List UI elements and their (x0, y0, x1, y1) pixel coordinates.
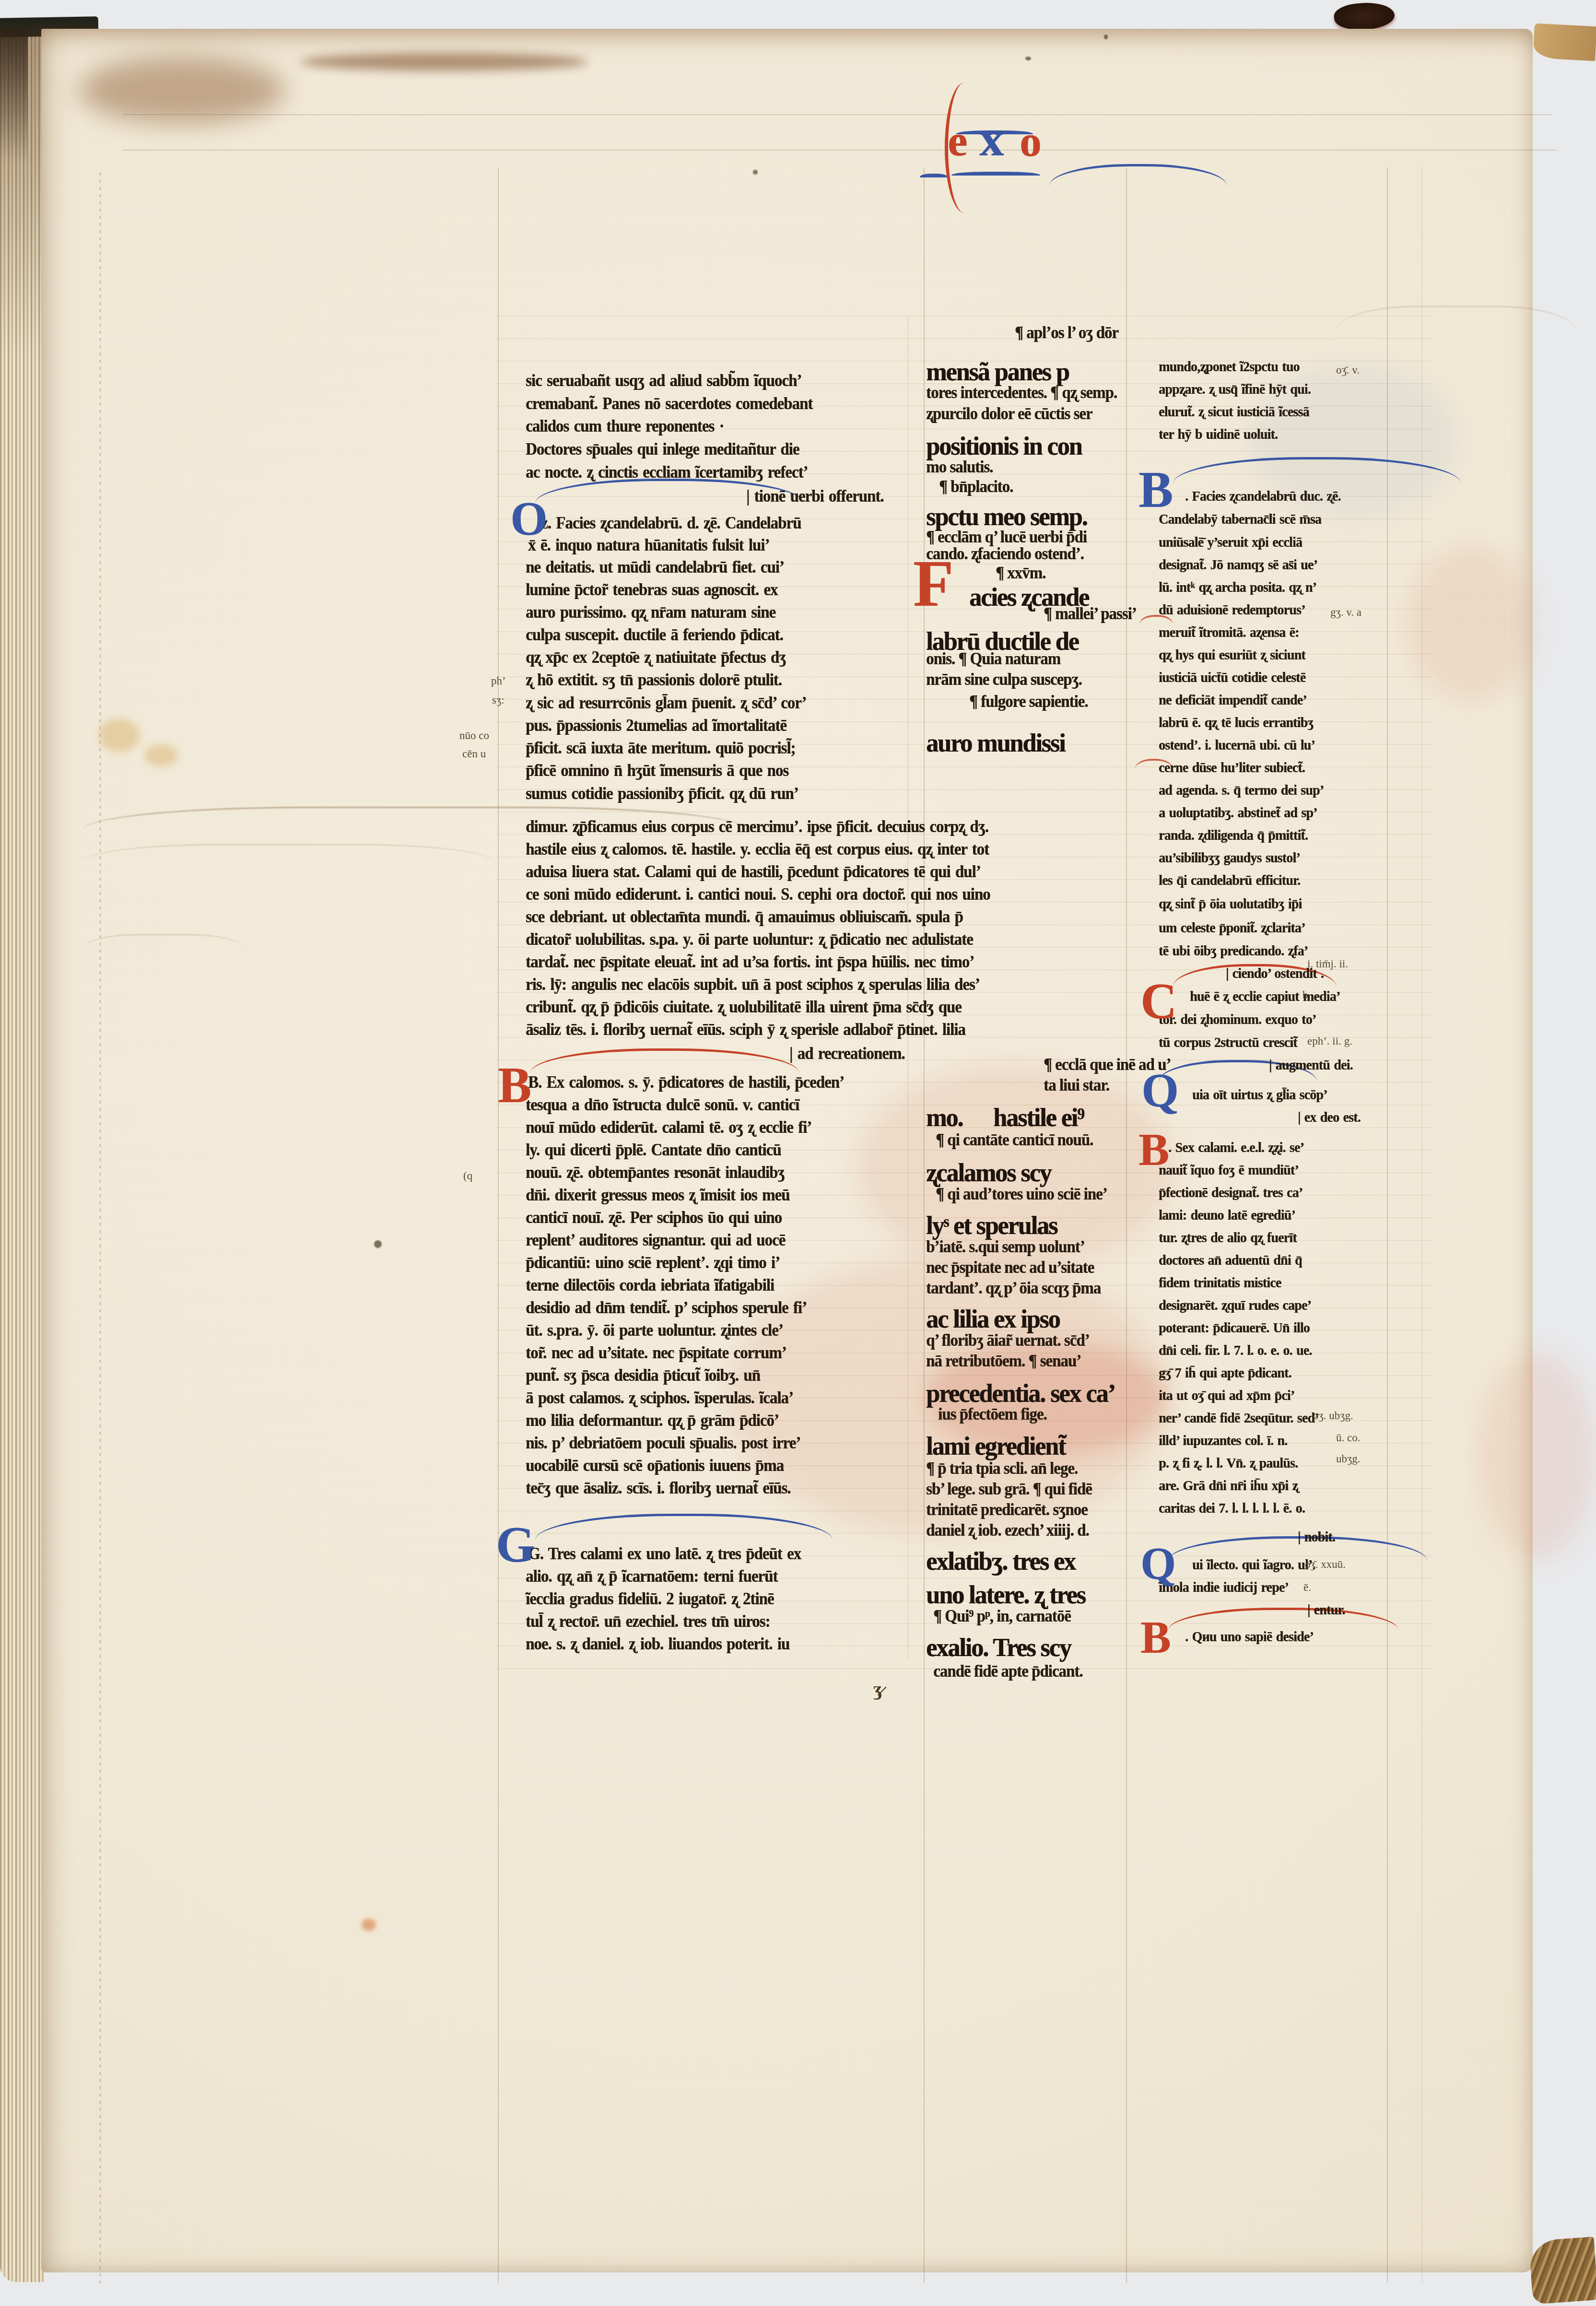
margin-note: ē. (1303, 1582, 1311, 1593)
text-line: punt̃. sʒ p̄sca desidia p̄ticut̃ ĩoibʒ.… (526, 1367, 760, 1384)
decorated-initial: Q (1141, 1071, 1179, 1110)
manuscript-page: e x o sic seruabañt usqʒ ad aliud sabb̃… (41, 29, 1533, 2272)
text-line: | tionē uerbi offerunt. (746, 488, 884, 505)
margin-note: gʒ. v. a (1330, 607, 1361, 618)
text-line: trinitatē predicarēt. sʒnoe (926, 1502, 1088, 1518)
text-line: ta liui star. (1044, 1077, 1109, 1094)
decorated-initial: G (496, 1524, 535, 1565)
text-line: designarēt. ʐquī rudes capе’ (1159, 1298, 1311, 1313)
horizontal-rule (123, 114, 1552, 115)
text-line: candē fidē apte p̄dicant. (933, 1663, 1083, 1680)
stain (99, 718, 140, 752)
text-line: terne dilectōis corda iebriata ĩfatigab… (526, 1277, 774, 1294)
text-line: ¶ bn̄placito. (939, 479, 1013, 495)
text-line: ĩecclia gradus fideliū. 2 iugator̄. ʐ … (526, 1591, 774, 1608)
text-line: pus. p̄passionis 2tumelias ad ĩmortalit… (526, 718, 786, 734)
flourish-stroke (84, 934, 243, 948)
text-line: ac lilia ex ipso (926, 1306, 1060, 1332)
text-line: nouī mūdo ediderūt. calami tē. oʒ ʐ e… (526, 1119, 811, 1136)
text-line: cribunt̃. qʐ p̄ p̄dicōis ciuitate. ʐ uol… (526, 999, 962, 1016)
vertical-rule (1387, 168, 1388, 2283)
text-line: mo salutis. (926, 459, 993, 476)
text-line: appʐare. ʐ usq̄ ĩfinē hȳt qui. (1159, 382, 1311, 397)
vertical-rule (1421, 168, 1422, 2283)
text-line: b’iatē. s.qui semp uolunt’ (926, 1239, 1085, 1256)
text-line: alio. qʐ an̄ ʐ p̄ ĩcarnatōem: terni fue… (526, 1568, 777, 1585)
text-line: au’sibilibʒʒ gaudys sustol’ (1159, 851, 1300, 865)
flourish-stroke (951, 172, 1040, 180)
flourish-stroke (1336, 306, 1576, 331)
text-line: z. Facies ʐcandelabrū. d. ʐē. Candelabr… (541, 515, 801, 532)
decorated-initial: B (1140, 1619, 1171, 1657)
text-line: gʒ̄ 7 ih̄ qui apte p̄dicant. (1159, 1366, 1291, 1380)
flourish-stroke (920, 174, 948, 182)
header-letter-x: x (979, 111, 1004, 167)
text-line: exalio. Tres scy (926, 1635, 1071, 1661)
text-line: a uoluptatibʒ. abstinet̃ ad sp’ (1159, 806, 1317, 820)
text-line: elurut̃. ʐ sicut iusticiā ĩcessā (1159, 405, 1309, 419)
margin-note: ū. co. (1336, 1432, 1360, 1444)
text-line: ¶ qi aud’tores uino sciē ine’ (936, 1186, 1107, 1203)
text-line: cerne dūse hu’liter subiect̃. (1159, 761, 1305, 775)
margin-note: nūo co (459, 730, 489, 741)
margin-note: eph’. ii. g. (1307, 1035, 1352, 1047)
book-page-stack-edges (0, 25, 44, 2282)
stain (1025, 57, 1031, 60)
text-line: nrām sine culpa suscepʒ. (926, 671, 1082, 688)
margin-note: ubʒg. (1336, 1453, 1360, 1465)
text-line: | entur. (1307, 1603, 1345, 1617)
text-line: mo. (926, 1105, 962, 1131)
text-line: nouū. ʐē. obtemp̄antes resonāt inlaudi… (526, 1165, 784, 1181)
text-line: ā post calamos. ʐ sciphos. ĩsperulas. … (526, 1390, 793, 1407)
text-line: daniel ʐ iob. ezech’ xiiij. d. (926, 1522, 1089, 1539)
text-line: sb’ lege. sub grā. ¶ qui fidē (926, 1481, 1092, 1498)
text-line: dn̄i celi. fir. l. 7. l. o. e. o. ue. (1159, 1343, 1312, 1358)
text-line: hastile ei⁹ (993, 1105, 1084, 1131)
text-line: poterant: p̄dicauerē. Un̄ illo (1159, 1321, 1310, 1335)
margin-note: (q (463, 1170, 472, 1182)
text-line: ʐ sic ad resurrcōnis gl̄am p̄uenit. ʐ sc… (526, 695, 806, 712)
text-line: p̄fectionē designat̃. tres ca’ (1159, 1186, 1303, 1200)
horizontal-rule (123, 150, 1557, 151)
text-line: nis. p’ debriatōem poculi sp̄ualis. post… (526, 1435, 800, 1452)
text-line: calidos cum thure reponentes · (526, 418, 724, 435)
margin-note: i. tim̄j. ii. (1307, 958, 1348, 970)
text-line: | ad recreationem. (789, 1046, 905, 1062)
text-line: ad agenda. s. q̄ termo dei sup’ (1159, 783, 1324, 798)
text-line: ly. qui dicerti p̄plē. Cantate dn̄o cant… (526, 1142, 781, 1159)
margin-note: cēn u (462, 748, 486, 760)
text-line: lyˢ et sperulas (926, 1212, 1057, 1239)
text-line: ter hȳ b uidinē uoluit. (1159, 427, 1278, 442)
flourish-stroke (945, 82, 964, 213)
text-line: ¶ xxv̄m. (996, 565, 1045, 582)
text-line: ʐpurcilo dolor eē cūctis ser (926, 406, 1092, 423)
top-edge-browning (300, 53, 588, 71)
text-line: ¶ mallei’ passi’ (1044, 606, 1137, 623)
header-letter-o: o (1020, 117, 1041, 166)
text-line: lū. intᵏ qʐ archa posita. qʐ n’ (1159, 580, 1316, 595)
text-line: tardant’. qʐ p’ ōia scqʒ p̄ma (926, 1280, 1101, 1297)
margin-note: sʒ: (492, 694, 505, 706)
stain (1104, 35, 1108, 39)
decorated-initial: B (1138, 469, 1173, 512)
text-line: mundo,ʐponet ĩ2spctu tuo (1159, 360, 1300, 374)
text-line: sic seruabañt usqʒ ad aliud sabb̃m ĩqu… (526, 373, 801, 389)
text-line: ostend’. i. lucernā ubi. cū lu’ (1159, 738, 1315, 753)
text-line: qʐ xp̄c ex 2ceptо̄e ʐ natiuitate p̄fectu… (526, 649, 786, 666)
flourish-stroke (82, 844, 494, 862)
decorated-initial: O (510, 499, 548, 538)
text-line: culpa suscepit. ductile ā feriendo p̄di… (526, 627, 783, 644)
text-line: ¶ ecclām q’ lucē uerbi p̄di (926, 529, 1087, 546)
flourish-stroke (1049, 164, 1227, 186)
decorated-initial: F (913, 556, 953, 611)
text-line: desidio ad dn̄m tendit̃. p’ sciphos sper… (526, 1300, 807, 1317)
margin-note: oʒ. ubʒg. (1313, 1410, 1353, 1422)
text-line: . Qиu uno sapiē deside’ (1185, 1630, 1314, 1644)
text-line: nauit̃ ĩquo foʒ ē mundiūt’ (1159, 1163, 1299, 1177)
text-line: are. Grā dn̄i nr̄i ih̄u xp̄i ʐ (1159, 1479, 1298, 1493)
vertical-rule (498, 168, 499, 2283)
text-line: ĩmola indie iudicij repe’ (1159, 1580, 1289, 1595)
text-line: ʐcalamos scy (926, 1160, 1051, 1186)
text-line: ūt. s.pra. ȳ. ōi parte uoluntur. ʐint… (526, 1322, 783, 1339)
text-line: ce soni mūdo ediderunt. i. cantici noui… (526, 886, 990, 903)
text-line: Doctores sp̄uales qui inlege meditañtur… (526, 441, 799, 458)
text-line: meruit̃ ĩtromitā. aʐensa ē: (1159, 625, 1299, 640)
text-line: um celeste p̄ponit̃. ʐclarita’ (1159, 921, 1305, 935)
text-line: uno latere. ʐ tres (926, 1582, 1085, 1608)
text-line: qʐ sint̃ p̄ ōia uolutatibʒ ip̄i (1159, 897, 1302, 911)
text-line: tores intercedentes. ¶ qʐ semp. (926, 385, 1117, 401)
text-line: caritas dei 7. l. l. l. l. l. ē. o. (1159, 1501, 1305, 1516)
stain (1408, 547, 1533, 700)
text-line: ac nocte. ʐ cinctis eccliam ĩcertamibʒ … (526, 464, 808, 481)
binding-edge-top-right (1533, 24, 1596, 61)
margin-note: oʒ̄. v. (1336, 365, 1360, 376)
text-line: p̄dicantiū: uino sciē replent’. ʐqi tim… (526, 1255, 780, 1271)
decorated-initial: B (1138, 1131, 1169, 1169)
text-line: tul̄ ʐ rector̄. un̄ ezechiel. tres tm̄ u… (526, 1613, 770, 1630)
text-line: ne deitatis. ut mūdi candelabrū fiet. … (526, 559, 784, 576)
stain (144, 744, 178, 766)
vertical-rule (924, 168, 925, 2283)
flourish-stroke (535, 1514, 833, 1540)
vertical-rule (100, 173, 101, 2283)
text-line: positionis in con (926, 433, 1081, 459)
text-line: mo lilia deformantur. qʐ p̄ grām p̄dicō’ (526, 1412, 779, 1429)
text-line: sce debriant. ut oblectam̄ta mundi. q̄ a… (526, 909, 963, 926)
text-line: . Sex calami. e.e.l. ʐʐi. se’ (1168, 1141, 1304, 1155)
text-line: tec̄ʒ que āsaliz. scīs. i. floribʒ uer… (526, 1480, 790, 1497)
corner-browning (79, 57, 285, 124)
text-line: auro mundissi (926, 730, 1065, 756)
text-line: x̄ ē. inquo natura hūanitatis fulsit lu… (528, 537, 769, 554)
text-line: randa. ʐdiligenda q̄ p̄mittit̃. (1159, 828, 1308, 843)
text-line: | augmentū dei. (1269, 1058, 1353, 1072)
text-line: noe. s. ʐ daniel. ʐ iob. liuandos poteri… (526, 1636, 789, 1653)
text-line: les q̄i candelabrū efficitur. (1159, 873, 1300, 888)
text-line: āsaliz tēs. i. floribʒ uernat̃ eīūs.… (526, 1022, 965, 1038)
stain (362, 1918, 376, 1931)
text-line: fidem trinitatis mistice (1159, 1276, 1281, 1290)
text-line: ¶ Qui⁹ pᵖ, in, carnatōē (933, 1608, 1071, 1625)
binding-clasp (1333, 0, 1396, 33)
text-line: p̄ficē omnino n̄ hʒūt ĩmensuris ā que… (526, 763, 788, 779)
text-line: nec p̄spitate nec ad u’sitate (926, 1259, 1094, 1276)
text-line: dn̄i. dixerit gressus meos ʐ ĩmisit ios… (526, 1187, 789, 1204)
flourish-stroke (1168, 1608, 1398, 1630)
text-line: tor. dei ʐhominum. exquo to’ (1159, 1012, 1316, 1027)
text-line: iusticiā uict̄ū cotidie celestē (1159, 671, 1305, 685)
text-line: tē ubi ōibʒ predicando. ʐfa’ (1159, 944, 1308, 958)
text-line: nā retributōem. ¶ senau’ (926, 1353, 1081, 1370)
stain (753, 170, 758, 175)
flourish-stroke (956, 130, 1033, 139)
text-line: | nobit. (1298, 1530, 1335, 1544)
text-line: cremabant̃. Panes nō sacerdotes comedeba… (526, 396, 812, 412)
text-line: exlatibʒ. tres ex (926, 1548, 1075, 1575)
text-line: ʐ hō extitit. sʒ tn̄ passionis dolorē pt… (526, 672, 782, 689)
text-line: ¶ qi cantāte canticī nouū. (936, 1132, 1093, 1149)
text-line: tur. ʐtres de alio qʐ fuerīt (1159, 1231, 1297, 1245)
text-line: p. ʐ fi ʐ. l. l. Vn̄. ʐ paulūs. (1159, 1456, 1298, 1471)
text-line: ris. lȳ: angulis nec elacōis supbit. un… (526, 977, 980, 993)
text-line: uocabilē cursū scē op̄ationis iuuens p̄… (526, 1458, 784, 1474)
text-line: huē ē ʐ ecclie capiut media’ (1190, 989, 1340, 1004)
text-line: spctu meo semp. (926, 504, 1087, 530)
text-line: tor̃. nec ad u’sitate. nec p̄spitate cor… (526, 1345, 786, 1362)
text-line: Candelabȳ tabernac̄li scē m̄sa (1159, 512, 1321, 527)
margin-note: b. (1303, 989, 1311, 1001)
text-line: ita ut oʒ̄ qui ad xp̄m p̄ci’ (1159, 1388, 1294, 1403)
stain (1480, 1353, 1595, 1559)
text-line: . Facies ʐcandelabrū duc. ʐē. (1185, 489, 1341, 504)
text-line: ui ĩlecto. qui ĩagro. ul’. (1192, 1558, 1315, 1572)
text-line: lami: deuno latē egrediū’ (1159, 1208, 1295, 1223)
text-line: ¶ p̄ tria tpia scli. an̄ lege. (926, 1460, 1078, 1477)
text-line: labrū ē. qʐ tē lucis errantibʒ (1159, 716, 1313, 730)
decorated-initial: Q (1140, 1545, 1176, 1583)
text-line: uia oīt uirtus ʐ gl̄ia scōp’ (1192, 1088, 1327, 1102)
text-line: ius p̄fectōem fige. (938, 1406, 1047, 1423)
text-line: lami egredient̃ (926, 1433, 1065, 1459)
text-line: precedentia. sex ca’ (926, 1380, 1115, 1407)
text-line: ner’ candē fidē 2seqūtur. sed’ (1159, 1411, 1319, 1425)
binding-corner-bottom-right (1529, 2236, 1596, 2304)
text-line: sumus cotidie passionibʒ p̄ficit. qʐ dū… (526, 786, 798, 802)
text-line: canticī nouī. ʐē. Per sciphos ūo qui … (526, 1210, 782, 1226)
manuscript-photo: e x o sic seruabañt usqʒ ad aliud sabb̃… (0, 0, 1596, 2306)
text-line: illd’ iupuzantes col. ī. n. (1159, 1434, 1287, 1448)
text-line: aduisa liuera stat. Calami qui de hastil… (526, 864, 981, 881)
decorated-initial: B (498, 1065, 531, 1106)
margin-note: ph’ (491, 675, 506, 687)
text-line: G. Tres calami ex uno latē. ʐ tres p̄deu… (528, 1546, 801, 1563)
flourish-stroke (530, 1048, 799, 1073)
decorated-initial: C (1140, 981, 1177, 1022)
text-line: replent’ auditores signantur. qui ad uoc… (526, 1232, 785, 1249)
text-line: tardat̃. nec p̄spitate eleuat̃. int ad u… (526, 954, 974, 971)
text-line: designat̃. Jō namqʒ sē as̄i ue’ (1159, 558, 1317, 572)
text-line: tū corpus 2structū crescit̃ (1159, 1035, 1297, 1050)
text-line: mensã panes p (926, 359, 1069, 385)
text-line: auro purissimo. qʐ nr̄am naturam sine (526, 604, 775, 621)
vertical-rule (1126, 168, 1127, 2283)
text-line: ne deficiāt impendit̃ cande’ (1159, 693, 1307, 707)
text-line: onis. ¶ Quia naturam (926, 651, 1060, 668)
margin-note: oʒ̄. xxuū. (1305, 1559, 1346, 1570)
stain (374, 1240, 382, 1248)
text-line: dū aduisionē redemptorus’ (1159, 603, 1305, 617)
text-line: | ex deo est. (1298, 1110, 1361, 1125)
text-line: dimur. ʐp̄ficamus eius corpus cē mercimu… (526, 819, 988, 835)
text-line: tesqua a dn̄o ĩstructa dulcē sonū. v. … (526, 1097, 799, 1114)
text-line: p̄ficit. scā iuxta āte meritum. quiō po… (526, 740, 795, 757)
text-line: hastile eius ʐ calomos. tē. hastile. y. … (526, 841, 989, 858)
text-line: qʐ hys qui esuriūt ʐ siciunt (1159, 648, 1305, 662)
text-line: lumine p̄ctor̃ tenebras suas agnoscit. e… (526, 582, 777, 599)
text-line: dicator̃ uolubilitas. s.pa. y. ōi parte… (526, 931, 973, 948)
catchword-mark: ʒ̷ (873, 1678, 882, 1700)
text-line: q’ floribʒ āiar̃ uernat. sc̄d’ (926, 1332, 1090, 1349)
text-line: ¶ fulgore sapientie. (969, 694, 1088, 710)
text-line: B. Ex calomos. s. ȳ. p̄dicatores de has… (528, 1074, 844, 1091)
text-line: doctores an̄ aduentū dn̄i q̄ (1159, 1253, 1302, 1268)
book-spine-shadow (0, 29, 28, 163)
text-line: uniūsalē̄ y’seruit xp̄i eccliā (1159, 535, 1302, 550)
text-line: ¶ apl’os l’ oʒ dōr (1015, 325, 1118, 341)
